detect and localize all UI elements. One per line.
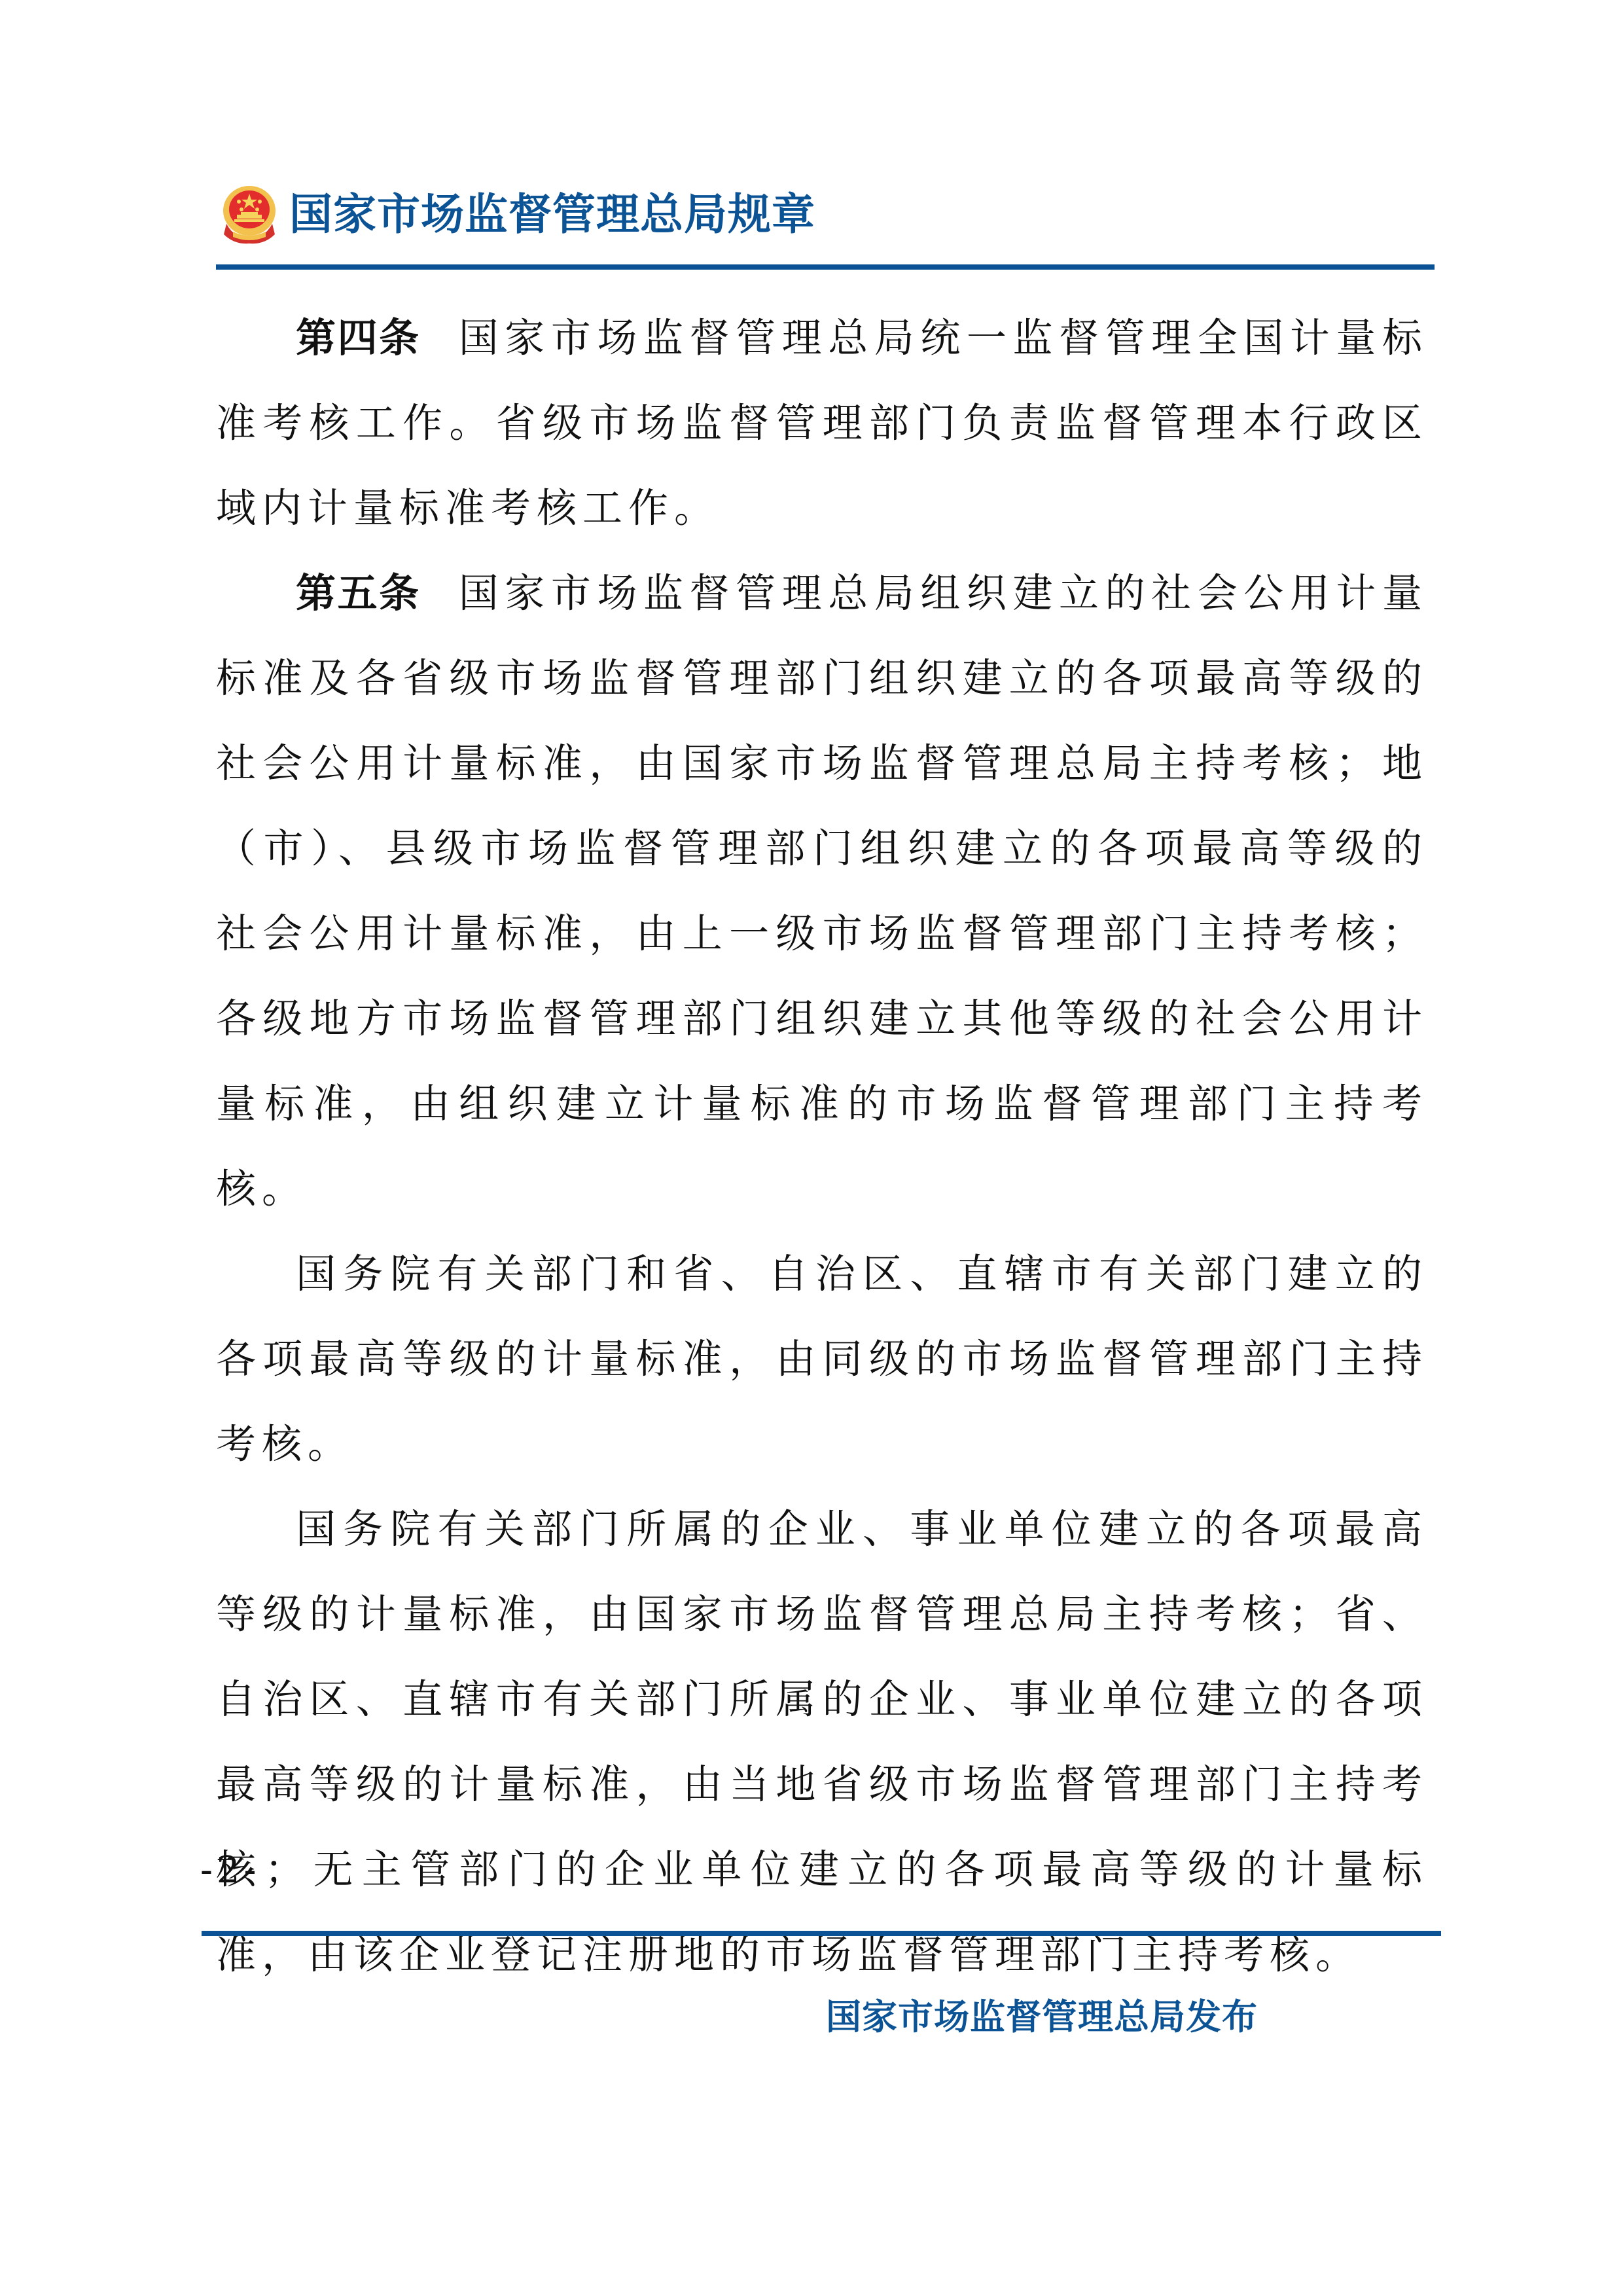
page-number: -2- bbox=[200, 1851, 260, 1890]
article-number: 第四条 bbox=[296, 315, 421, 361]
paragraph: 国务院有关部门和省、自治区、直辖市有关部门建立的各项最高等级的计量标准，由同级的… bbox=[216, 1232, 1428, 1487]
article-paragraph: 第四条国家市场监督管理总局统一监督管理全国计量标准考核工作。省级市场监督管理部门… bbox=[216, 296, 1428, 551]
publisher-label: 国家市场监督管理总局发布 bbox=[826, 1996, 1258, 2038]
header-divider bbox=[216, 264, 1435, 270]
article-paragraph: 第五条国家市场监督管理总局组织建立的社会公用计量标准及各省级市场监督管理部门组织… bbox=[216, 551, 1428, 1232]
paragraph: 国务院有关部门所属的企业、事业单位建立的各项最高等级的计量标准，由国家市场监督管… bbox=[216, 1487, 1428, 1998]
footer-divider bbox=[202, 1931, 1441, 1936]
article-number: 第五条 bbox=[296, 570, 421, 617]
document-header: 国家市场监督管理总局规章 bbox=[216, 182, 1435, 247]
paragraph-text: 国务院有关部门和省、自治区、直辖市有关部门建立的各项最高等级的计量标准，由同级的… bbox=[216, 1251, 1428, 1467]
document-body: 第四条国家市场监督管理总局统一监督管理全国计量标准考核工作。省级市场监督管理部门… bbox=[216, 296, 1428, 1998]
paragraph-text: 国家市场监督管理总局组织建立的社会公用计量标准及各省级市场监督管理部门组织建立的… bbox=[216, 570, 1428, 1212]
paragraph-text: 国务院有关部门所属的企业、事业单位建立的各项最高等级的计量标准，由国家市场监督管… bbox=[216, 1506, 1428, 1978]
national-emblem-icon bbox=[221, 185, 277, 245]
header-title: 国家市场监督管理总局规章 bbox=[289, 188, 815, 241]
